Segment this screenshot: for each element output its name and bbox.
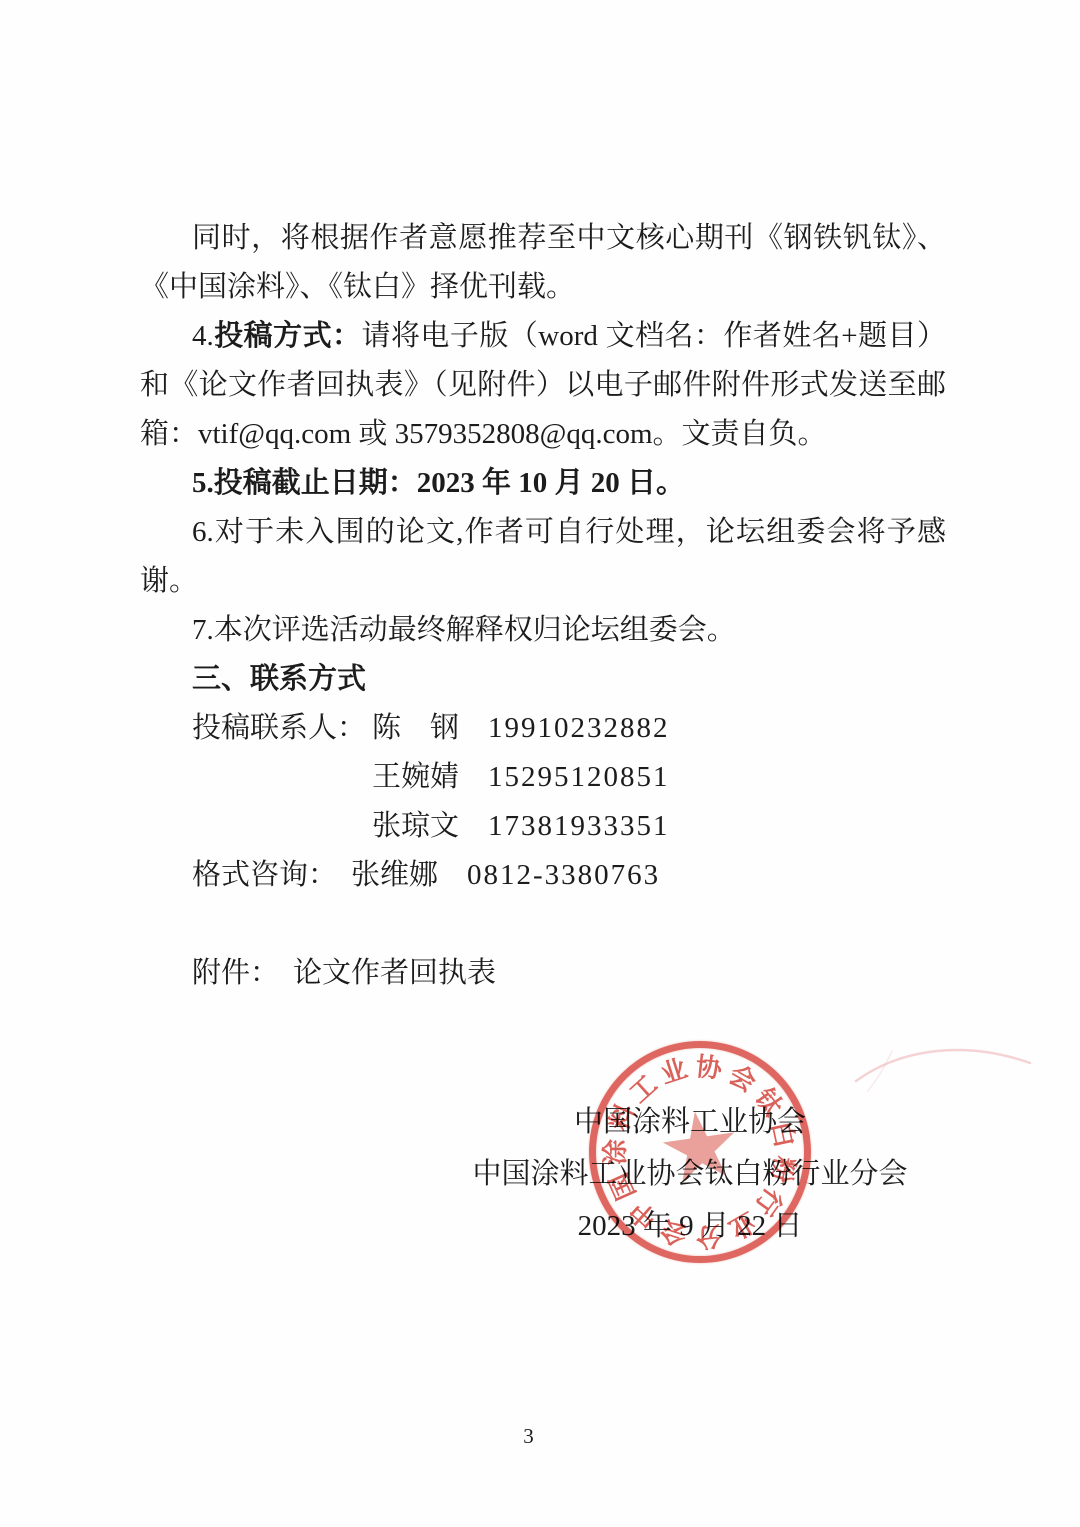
item-7-text: 本次评选活动最终解释权归论坛组委会。: [214, 614, 736, 646]
contact-row: 张琼文17381933351: [140, 802, 946, 851]
document-page: { "doc": { "intro_text": "同时，将根据作者意愿推荐至中…: [0, 0, 1080, 1527]
section-heading-text: 三、联系方式: [192, 663, 366, 695]
item-7-interpretation: 7.本次评选活动最终解释权归论坛组委会。: [140, 606, 946, 655]
signature-block: 中国涂料工业协会 中国涂料工业协会钛白粉行业分会 2023 年 9 月 22 日: [400, 1096, 980, 1252]
format-consult-row: 格式咨询：张维娜0812-3380763: [140, 851, 946, 900]
item-6-text: 对于未入围的论文,作者可自行处理，论坛组委会将予感谢。: [140, 516, 946, 597]
intro-text: 同时，将根据作者意愿推荐至中文核心期刊《钢铁钒钛》、《中国涂料》、《钛白》择优刊…: [140, 222, 946, 303]
attachment-label: 附件：: [192, 957, 279, 989]
item-6-number: 6.: [192, 516, 214, 548]
format-consult-name: 张维娜: [351, 851, 451, 900]
paragraph-intro: 同时，将根据作者意愿推荐至中文核心期刊《钢铁钒钛》、《中国涂料》、《钛白》择优刊…: [140, 214, 946, 312]
document-body: 同时，将根据作者意愿推荐至中文核心期刊《钢铁钒钛》、《中国涂料》、《钛白》择优刊…: [140, 214, 946, 998]
contact-label: 投稿联系人：: [192, 704, 372, 753]
item-5-deadline: 5.投稿截止日期：2023 年 10 月 20 日。: [140, 459, 946, 508]
seal-ring-char: 会: [722, 1059, 763, 1100]
contact-phone: 15295120851: [488, 761, 670, 793]
attachment-text: 论文作者回执表: [293, 957, 496, 989]
signature-date: 2023 年 9 月 22 日: [400, 1200, 980, 1252]
signature-org-2: 中国涂料工业协会钛白粉行业分会: [400, 1148, 980, 1200]
contact-name: 张琼文: [372, 802, 472, 851]
contact-phone: 17381933351: [488, 810, 670, 842]
item-6-unselected-papers: 6.对于未入围的论文,作者可自行处理，论坛组委会将予感谢。: [140, 508, 946, 606]
item-5-number: 5.: [192, 467, 214, 499]
contact-row: 投稿联系人：陈 钢19910232882: [140, 704, 946, 753]
contact-phone: 19910232882: [488, 712, 670, 744]
seal-ring-char: 业: [655, 1053, 693, 1091]
item-5-text: 2023 年 10 月 20 日。: [417, 467, 685, 499]
section-heading-contact: 三、联系方式: [140, 655, 946, 704]
contact-name: 陈 钢: [372, 704, 472, 753]
attachment-row: 附件：论文作者回执表: [140, 949, 946, 998]
format-consult-label: 格式咨询：: [192, 859, 337, 891]
item-4-label: 投稿方式：: [214, 320, 362, 352]
contact-name: 王婉婧: [372, 753, 472, 802]
format-consult-phone: 0812-3380763: [467, 859, 660, 891]
item-4-number: 4.: [192, 320, 214, 352]
item-5-label: 投稿截止日期：: [214, 467, 417, 499]
page-number: 3: [517, 1424, 541, 1449]
item-7-number: 7.: [192, 614, 214, 646]
stray-ink-mark: [848, 1033, 1038, 1093]
contact-row: 王婉婧15295120851: [140, 753, 946, 802]
item-4-submission-method: 4.投稿方式：请将电子版（word 文档名：作者姓名+题目）和《论文作者回执表》…: [140, 312, 946, 459]
signature-org-1: 中国涂料工业协会: [400, 1096, 980, 1148]
seal-ring-char: 协: [692, 1052, 725, 1085]
